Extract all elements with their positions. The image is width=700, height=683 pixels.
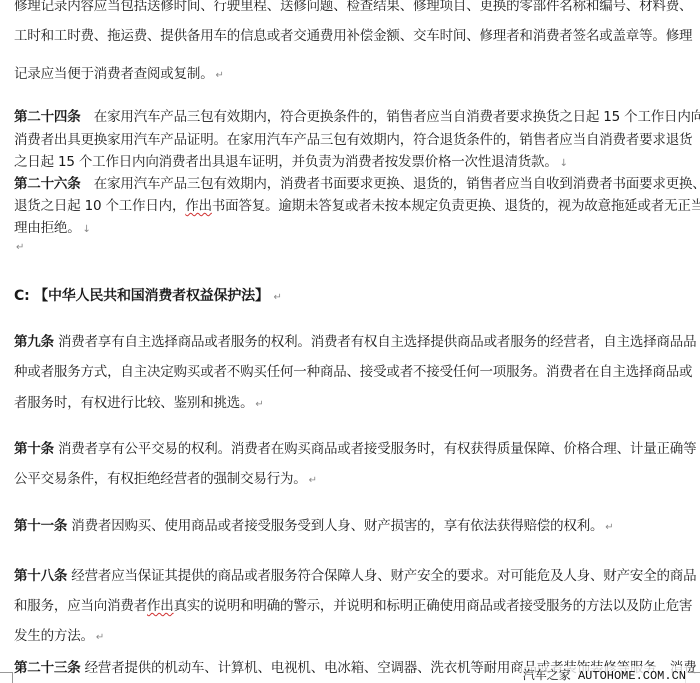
article-number: 第二十四条 bbox=[14, 109, 81, 125]
body-text: 工时和工时费、拖运费、提供备用车的信息或者交通费用补偿金额、交车时间、修理者和消… bbox=[14, 28, 692, 44]
document-page: 修理记录内容应当包括送修时间、行驶里程、送修问题、检查结果、修理项目、更换的零部… bbox=[0, 0, 700, 683]
body-text: 和服务，应当向消费者 bbox=[14, 598, 147, 614]
paragraph-mark-icon: ↵ bbox=[309, 475, 317, 486]
body-text: 退货之日起 10 个工作日内， bbox=[14, 198, 185, 214]
document-line: 之日起 15 个工作日内向消费者出具退车证明，并负责为消费者按发票价格一次性退清… bbox=[14, 150, 568, 170]
paragraph-mark-icon: ↵ bbox=[216, 70, 224, 81]
document-line: 修理记录内容应当包括送修时间、行驶里程、送修问题、检查结果、修理项目、更换的零部… bbox=[14, 0, 692, 14]
article-number: 第二十三条 bbox=[14, 660, 81, 676]
document-line: 理由拒绝。↓ bbox=[14, 216, 91, 236]
body-text: 修理记录内容应当包括送修时间、行驶里程、送修问题、检查结果、修理项目、更换的零部… bbox=[14, 0, 692, 14]
document-line: ↵ bbox=[14, 238, 24, 254]
document-line: 消费者出具更换家用汽车产品证明。在家用汽车产品三包有效期内，符合退货条件的，销售… bbox=[14, 128, 692, 148]
document-line: 第十一条 消费者因购买、使用商品或者接受服务受到人身、财产损害的，享有依法获得赔… bbox=[14, 514, 613, 534]
paragraph-mark-icon: ↵ bbox=[16, 242, 24, 253]
document-line: 发生的方法。↵ bbox=[14, 624, 104, 644]
paragraph-mark-icon: ↵ bbox=[605, 522, 613, 533]
paragraph-mark-icon: ↵ bbox=[264, 292, 282, 303]
document-line: 第十条 消费者享有公平交易的权利。消费者在购买商品或者接受服务时，有权获得质量保… bbox=[14, 437, 696, 457]
body-text: 公平交易条件，有权拒绝经营者的强制交易行为。 bbox=[14, 471, 307, 487]
watermark: 汽车之家 AUTOHOME.COM.CN bbox=[521, 666, 688, 683]
body-text: 记录应当便于消费者查阅或复制。 bbox=[14, 66, 214, 82]
article-number: 第二十六条 bbox=[14, 176, 81, 192]
body-text: 发生的方法。 bbox=[14, 628, 94, 644]
body-text: 消费者因购买、使用商品或者接受服务受到人身、财产损害的，享有依法获得赔偿的权利。 bbox=[67, 518, 603, 534]
document-line: 第二十六条 在家用汽车产品三包有效期内，消费者书面要求更换、退货的，销售者应当自… bbox=[14, 172, 700, 192]
document-line: 和服务，应当向消费者作出真实的说明和明确的警示，并说明和标明正确使用商品或者接受… bbox=[14, 594, 692, 614]
body-text: 经营者应当保证其提供的商品或者服务符合保障人身、财产安全的要求。对可能危及人身、… bbox=[67, 568, 696, 584]
paragraph-mark-icon: ↵ bbox=[96, 632, 104, 643]
document-line: 第二十四条 在家用汽车产品三包有效期内，符合更换条件的，销售者应当自消费者要求换… bbox=[14, 105, 700, 125]
body-text: 消费者出具更换家用汽车产品证明。在家用汽车产品三包有效期内，符合退货条件的，销售… bbox=[14, 132, 692, 148]
article-number: 第十八条 bbox=[14, 568, 67, 584]
paragraph-mark-icon: ↓ bbox=[560, 158, 568, 169]
document-line: 种或者服务方式，自主决定购买或者不购买任何一种商品、接受或者不接受任何一项服务。… bbox=[14, 360, 692, 380]
paragraph-mark-icon: ↓ bbox=[83, 224, 91, 235]
body-text: 书面答复。逾期未答复或者未按本规定负责更换、退货的，视为故意拖延或者无正当 bbox=[212, 198, 700, 214]
section-heading: C: 【中华人民共和国消费者权益保护法】 bbox=[14, 288, 262, 304]
document-line: 第十八条 经营者应当保证其提供的商品或者服务符合保障人身、财产安全的要求。对可能… bbox=[14, 564, 696, 584]
document-line: 退货之日起 10 个工作日内，作出书面答复。逾期未答复或者未按本规定负责更换、退… bbox=[14, 194, 700, 214]
body-text: 在家用汽车产品三包有效期内，消费者书面要求更换、退货的，销售者应当自收到消费者书… bbox=[81, 176, 700, 192]
document-line: 工时和工时费、拖运费、提供备用车的信息或者交通费用补偿金额、交车时间、修理者和消… bbox=[14, 24, 692, 44]
article-number: 第十一条 bbox=[14, 518, 67, 534]
paragraph-mark-icon: ↵ bbox=[255, 399, 263, 410]
document-line: C: 【中华人民共和国消费者权益保护法】 ↵ bbox=[14, 285, 282, 305]
spellcheck-flagged-text: 作出 bbox=[147, 598, 174, 614]
document-line: 公平交易条件，有权拒绝经营者的强制交易行为。↵ bbox=[14, 467, 317, 487]
body-text: 种或者服务方式，自主决定购买或者不购买任何一种商品、接受或者不接受任何一项服务。… bbox=[14, 364, 692, 380]
body-text: 消费者享有公平交易的权利。消费者在购买商品或者接受服务时，有权获得质量保障、价格… bbox=[54, 441, 697, 457]
body-text: 之日起 15 个工作日内向消费者出具退车证明，并负责为消费者按发票价格一次性退清… bbox=[14, 154, 558, 170]
document-line: 者服务时，有权进行比较、鉴别和挑选。↵ bbox=[14, 391, 264, 411]
article-number: 第九条 bbox=[14, 334, 54, 350]
body-text: 理由拒绝。 bbox=[14, 220, 81, 236]
document-line: 记录应当便于消费者查阅或复制。↵ bbox=[14, 62, 224, 82]
article-number: 第十条 bbox=[14, 441, 54, 457]
spellcheck-flagged-text: 作出 bbox=[185, 198, 212, 214]
body-text: 者服务时，有权进行比较、鉴别和挑选。 bbox=[14, 395, 253, 411]
body-text: 在家用汽车产品三包有效期内，符合更换条件的，销售者应当自消费者要求换货之日起 1… bbox=[81, 109, 700, 125]
page-corner-mark-left bbox=[0, 672, 13, 683]
body-text: 消费者享有自主选择商品或者服务的权利。消费者有权自主选择提供商品或者服务的经营者… bbox=[54, 334, 697, 350]
document-line: 第九条 消费者享有自主选择商品或者服务的权利。消费者有权自主选择提供商品或者服务… bbox=[14, 330, 696, 350]
body-text: 真实的说明和明确的警示，并说明和标明正确使用商品或者接受服务的方法以及防止危害 bbox=[174, 598, 693, 614]
